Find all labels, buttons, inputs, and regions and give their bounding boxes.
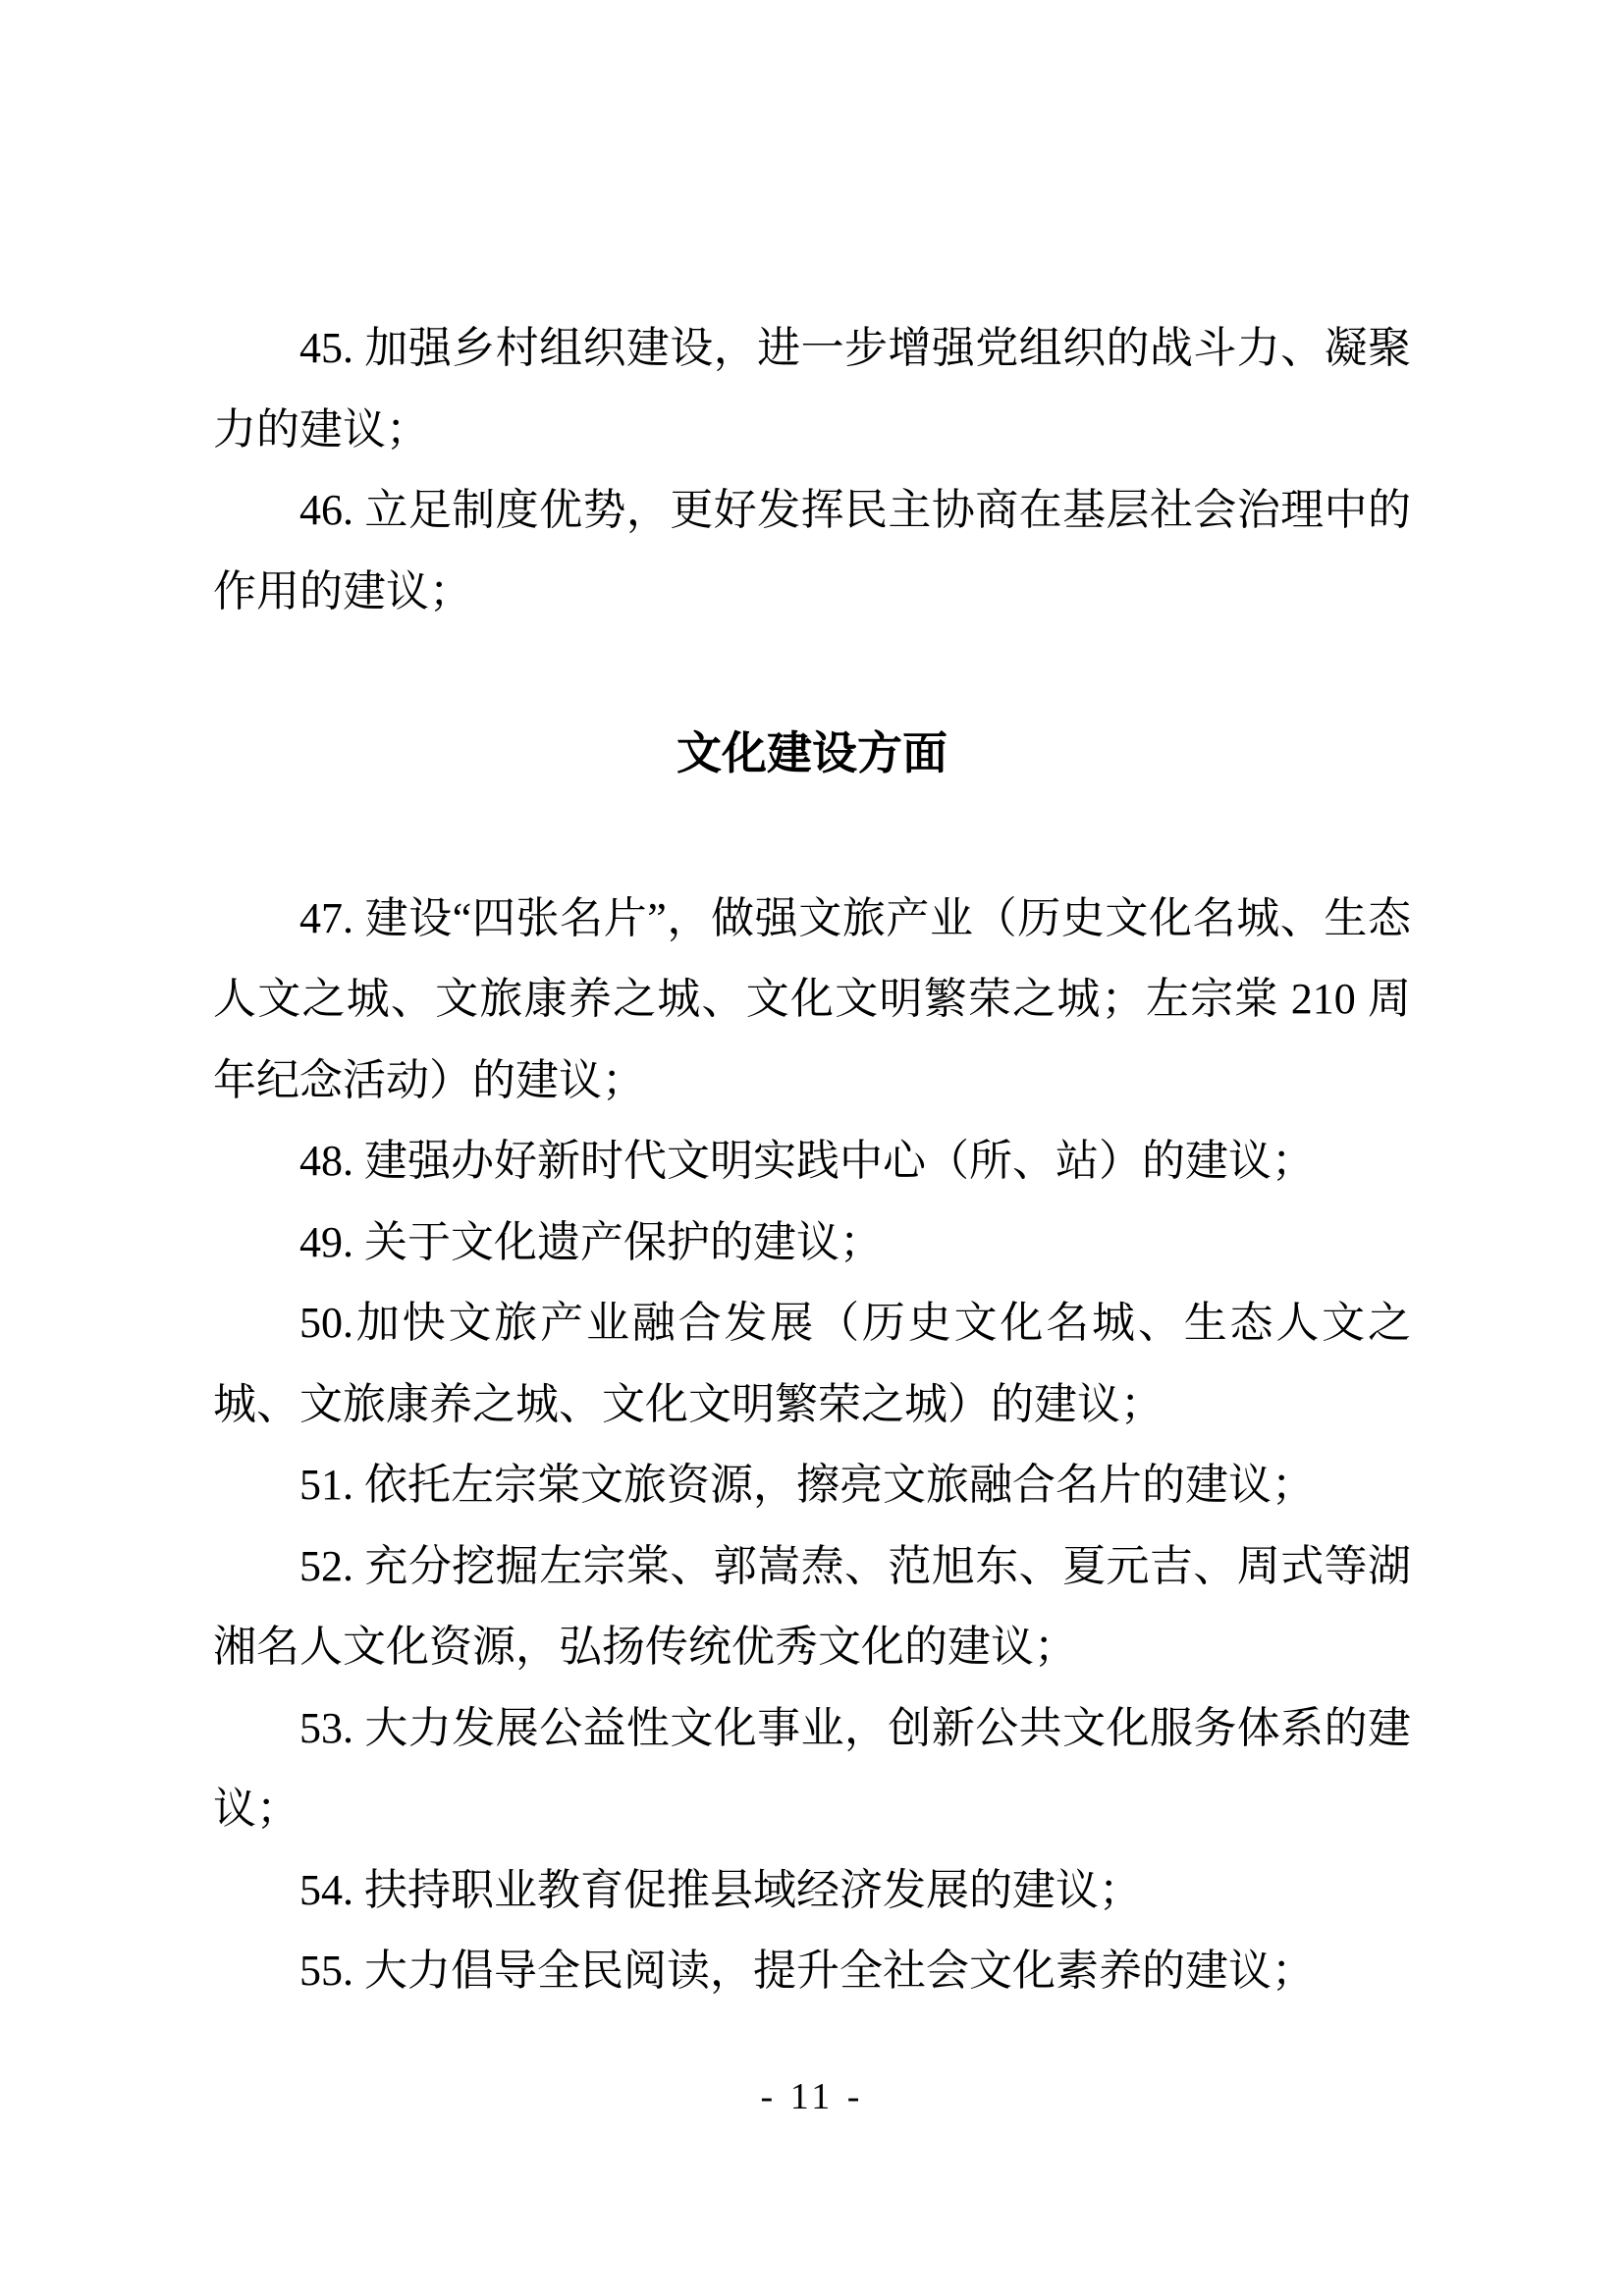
list-item-51: 51. 依托左宗棠文旅资源，擦亮文旅融合名片的建议；: [213, 1445, 1411, 1526]
list-item-48: 48. 建强办好新时代文明实践中心（所、站）的建议；: [213, 1121, 1411, 1202]
list-item-55: 55. 大力倡导全民阅读，提升全社会文化素养的建议；: [213, 1931, 1411, 2012]
list-item-47: 47. 建设“四张名片”，做强文旅产业（历史文化名城、生态人文之城、文旅康养之城…: [213, 879, 1411, 1122]
list-item-49: 49. 关于文化遗产保护的建议；: [213, 1202, 1411, 1284]
list-item-50: 50.加快文旅产业融合发展（历史文化名城、生态人文之城、文旅康养之城、文化文明繁…: [213, 1283, 1411, 1445]
section-heading: 文化建设方面: [213, 713, 1411, 794]
list-item-46: 46. 立足制度优势，更好发挥民主协商在基层社会治理中的作用的建议；: [213, 470, 1411, 632]
list-item-52: 52. 充分挖掘左宗棠、郭嵩焘、范旭东、夏元吉、周式等湖湘名人文化资源，弘扬传统…: [213, 1526, 1411, 1688]
list-item-53: 53. 大力发展公益性文化事业，创新公共文化服务体系的建议；: [213, 1688, 1411, 1850]
list-item-54: 54. 扶持职业教育促推县域经济发展的建议；: [213, 1850, 1411, 1932]
list-item-45: 45. 加强乡村组织建设，进一步增强党组织的战斗力、凝聚力的建议；: [213, 308, 1411, 470]
page-number: - 11 -: [0, 2073, 1624, 2120]
document-page: 45. 加强乡村组织建设，进一步增强党组织的战斗力、凝聚力的建议； 46. 立足…: [0, 0, 1624, 2296]
document-body: 45. 加强乡村组织建设，进一步增强党组织的战斗力、凝聚力的建议； 46. 立足…: [213, 308, 1411, 2012]
